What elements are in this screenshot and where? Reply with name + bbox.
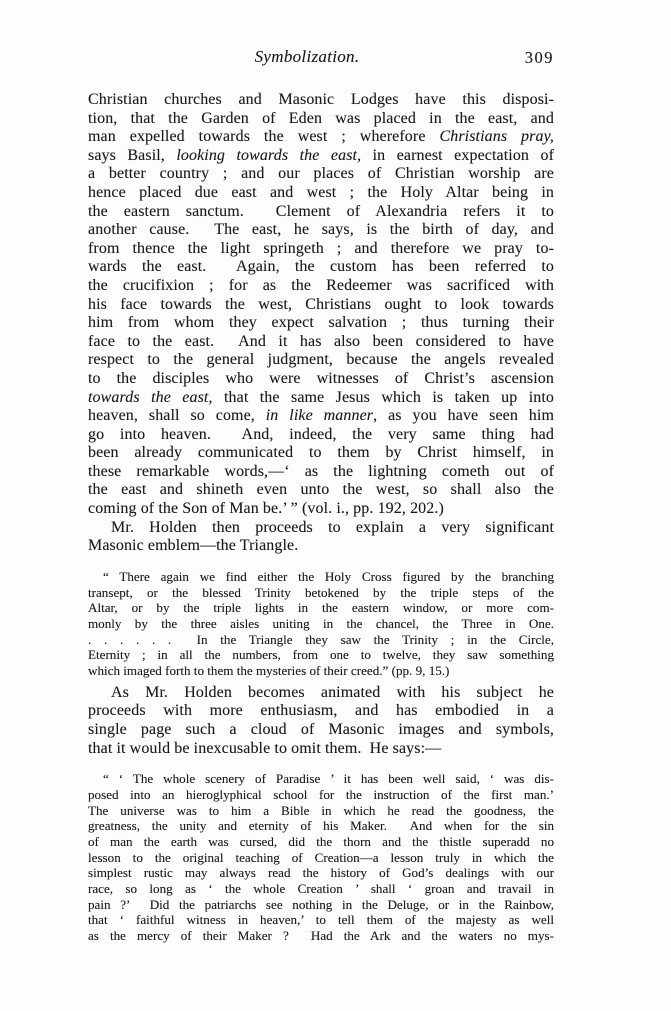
blockquote-triangle: “ There again we find either the Holy Cr…: [88, 569, 554, 679]
text-line: the east and shineth even unto the west,…: [88, 481, 554, 500]
text-line: to the disciples who were witnesses of C…: [88, 370, 554, 389]
text-line: race, so long as ‘ the whole Creation ’ …: [88, 881, 554, 897]
text-line: Altar, or by the triple lights in the ea…: [88, 600, 554, 616]
paragraph-continuation: Christian churches and Masonic Lodges ha…: [88, 91, 554, 519]
text-line: transept, or the blessed Trinity betoken…: [88, 585, 554, 601]
text-line: hence placed due east and west ; the Hol…: [88, 184, 554, 203]
text-line: The universe was to him a Bible in which…: [88, 803, 554, 819]
text-line: the eastern sanctum. Clement of Alexandr…: [88, 203, 554, 222]
text-line: simplest rustic may always read the hist…: [88, 865, 554, 881]
paragraph-holden-intro: Mr. Holden then proceeds to explain a ve…: [88, 519, 554, 556]
text-line: that ‘ faithful witness in heaven,’ to t…: [88, 912, 554, 928]
text-line: monly by the three aisles uniting in the…: [88, 616, 554, 632]
text-line: Mr. Holden then proceeds to explain a ve…: [88, 519, 554, 538]
text-line: these remarkable words,—‘ as the lightni…: [88, 463, 554, 482]
blockquote-paradise: “ ‘ The whole scenery of Paradise ’ it h…: [88, 771, 554, 944]
page-number: 309: [525, 48, 554, 68]
text-line: single page such a cloud of Masonic imag…: [88, 721, 554, 740]
text-line: posed into an hieroglyphical school for …: [88, 787, 554, 803]
running-header: Symbolization. 309: [88, 47, 554, 69]
text-line: another cause. The east, he says, is the…: [88, 221, 554, 240]
text-line: tion, that the Garden of Eden was placed…: [88, 110, 554, 129]
text-line: coming of the Son of Man be.’ ” (vol. i.…: [88, 500, 554, 519]
text-line: says Basil, looking towards the east, in…: [88, 147, 554, 166]
text-line: of man the earth was cursed, did the tho…: [88, 834, 554, 850]
text-line: from thence the light springeth ; and th…: [88, 240, 554, 259]
text-line: proceeds with more enthusiasm, and has e…: [88, 702, 554, 721]
text-line: which imaged forth to them the mysteries…: [88, 663, 554, 679]
text-line: greatness, the unity and eternity of his…: [88, 818, 554, 834]
text-line: . . . . . . In the Triangle they saw the…: [88, 632, 554, 648]
text-line: his face towards the west, Christians ou…: [88, 296, 554, 315]
text-line: “ There again we find either the Holy Cr…: [88, 569, 554, 585]
text-line: a better country ; and our places of Chr…: [88, 165, 554, 184]
text-line: wards the east. Again, the custom has be…: [88, 258, 554, 277]
text-line: “ ‘ The whole scenery of Paradise ’ it h…: [88, 771, 554, 787]
text-line: the crucifixion ; for as the Redeemer wa…: [88, 277, 554, 296]
paragraph-holden-animated: As Mr. Holden becomes animated with his …: [88, 684, 554, 758]
text-line: As Mr. Holden becomes animated with his …: [88, 684, 554, 703]
text-line: him from whom they expect salvation ; th…: [88, 314, 554, 333]
text-line: heaven, shall so come, in like manner, a…: [88, 407, 554, 426]
text-line: Eternity ; in all the numbers, from one …: [88, 647, 554, 663]
text-line: pain ?’ Did the patriarchs see nothing i…: [88, 897, 554, 913]
text-line: face to the east. And it has also been c…: [88, 333, 554, 352]
text-body: Christian churches and Masonic Lodges ha…: [88, 91, 554, 944]
text-line: towards the east, that the same Jesus wh…: [88, 389, 554, 408]
text-line: Christian churches and Masonic Lodges ha…: [88, 91, 554, 110]
text-line: respect to the general judgment, because…: [88, 351, 554, 370]
text-line: Masonic emblem—the Triangle.: [88, 537, 554, 556]
text-line: been already communicated to them by Chr…: [88, 444, 554, 463]
text-line: that it would be inexcusable to omit the…: [88, 740, 554, 759]
text-line: as the mercy of their Maker ? Had the Ar…: [88, 928, 554, 944]
book-page: Symbolization. 309 Christian churches an…: [0, 0, 671, 1011]
text-line: go into heaven. And, indeed, the very sa…: [88, 426, 554, 445]
running-header-title: Symbolization.: [74, 47, 540, 67]
text-line: man expelled towards the west ; wherefor…: [88, 128, 554, 147]
text-line: lesson to the original teaching of Creat…: [88, 850, 554, 866]
